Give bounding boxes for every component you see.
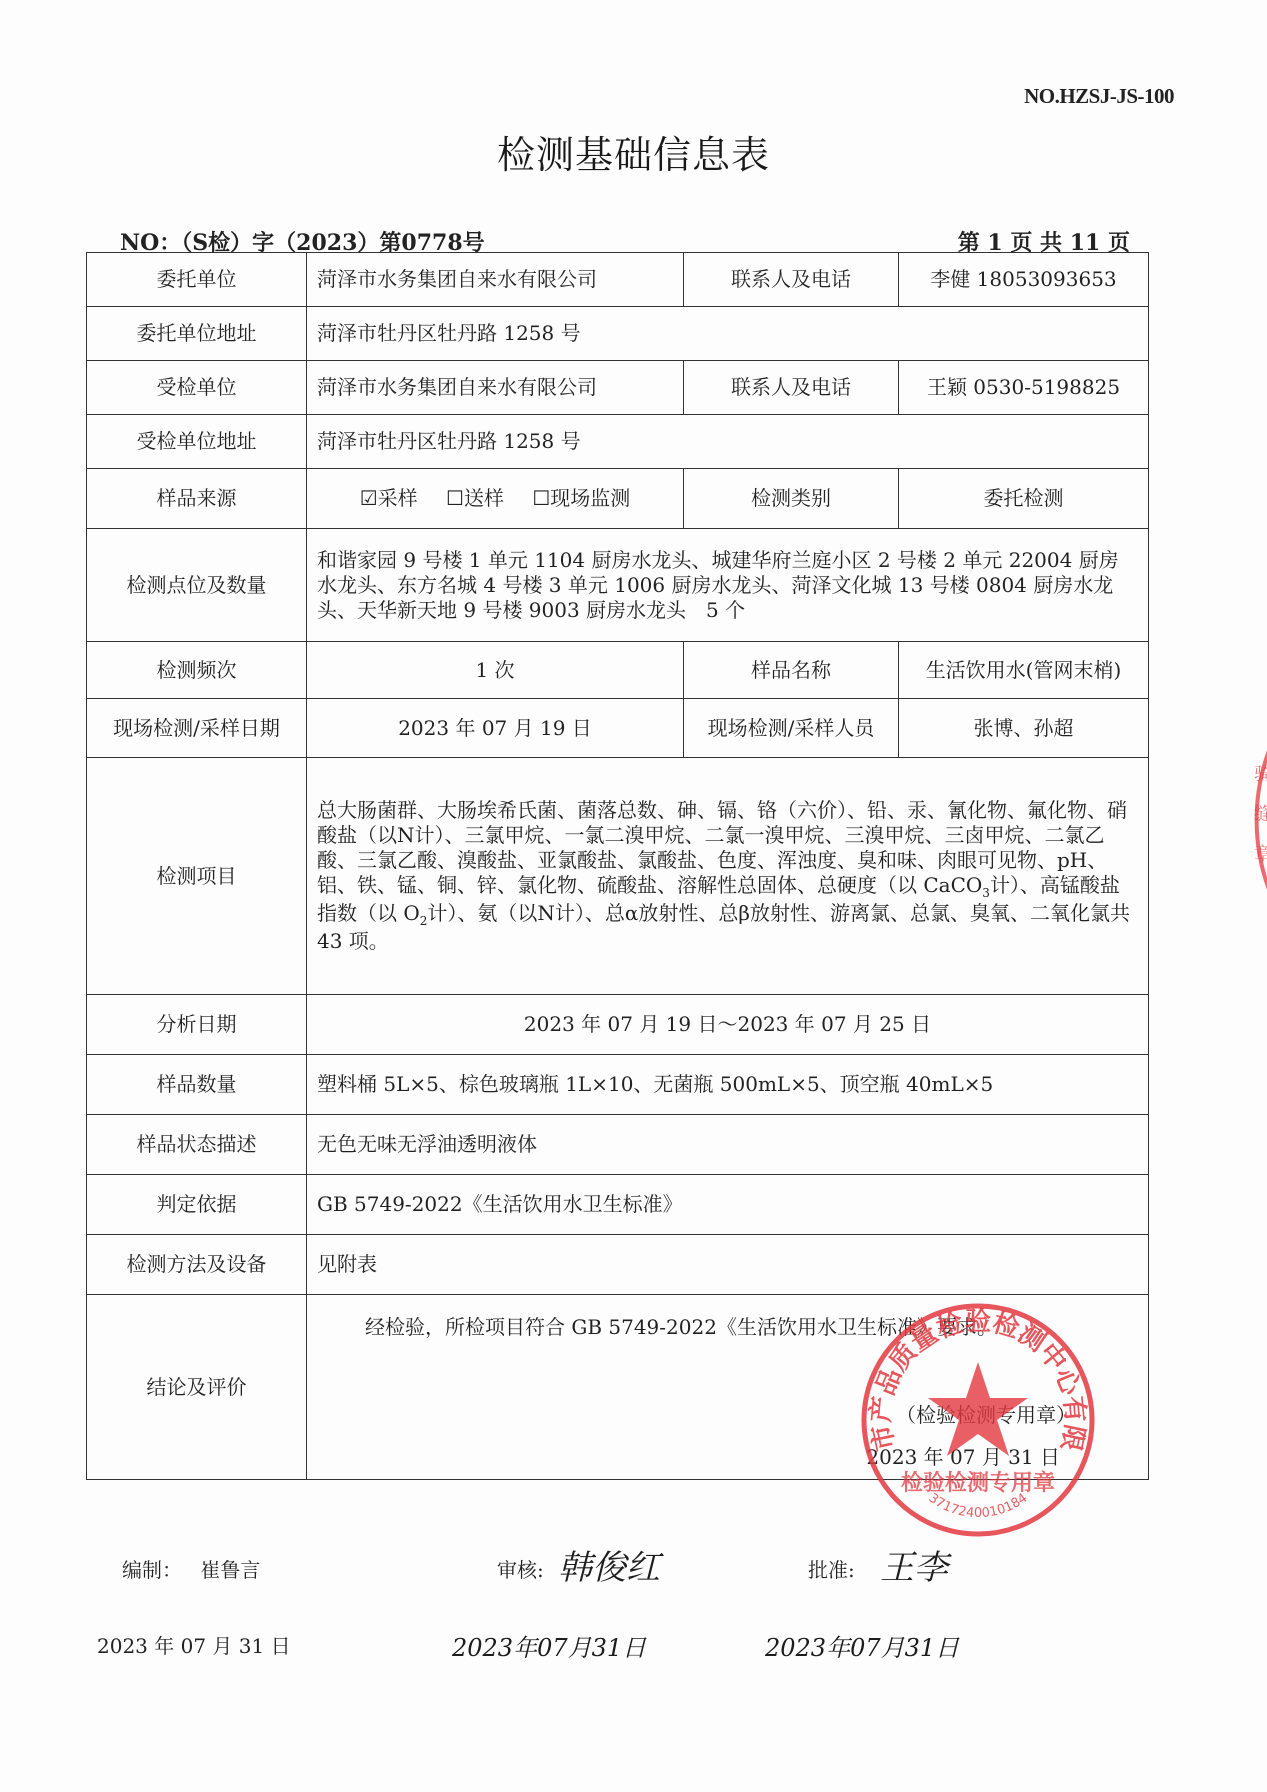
row-sample-quantity: 样品数量 塑料桶 5L×5、棕色玻璃瓶 1L×10、无菌瓶 500mL×5、顶空… <box>87 1055 1149 1115</box>
value-locations: 和谐家园 9 号楼 1 单元 1104 厨房水龙头、城建华府兰庭小区 2 号楼 … <box>307 529 1149 642</box>
review-signature: 韩俊红 <box>558 1540 660 1589</box>
edge-stamp-icon: 骑 缝 章 <box>1248 720 1267 920</box>
row-inspected-address: 受检单位地址 菏泽市牡丹区牡丹路 1258 号 <box>87 415 1149 469</box>
label-analysis-date: 分析日期 <box>87 995 307 1055</box>
label-sample-source: 样品来源 <box>87 469 307 529</box>
page-title: 检测基础信息表 <box>0 124 1267 179</box>
value-client: 菏泽市水务集团自来水有限公司 <box>307 253 684 307</box>
label-items: 检测项目 <box>87 758 307 995</box>
value-basis: GB 5749-2022《生活饮用水卫生标准》 <box>307 1175 1149 1235</box>
label-method: 检测方法及设备 <box>87 1235 307 1295</box>
svg-text:缝: 缝 <box>1254 804 1267 825</box>
review-label: 审核: <box>497 1554 544 1583</box>
value-items: 总大肠菌群、大肠埃希氏菌、菌落总数、砷、镉、铬（六价）、铅、汞、氰化物、氟化物、… <box>307 758 1149 995</box>
label-inspected-address: 受检单位地址 <box>87 415 307 469</box>
label-sampling-staff: 现场检测/采样人员 <box>684 699 899 758</box>
row-frequency: 检测频次 1 次 样品名称 生活饮用水(管网末梢) <box>87 642 1149 699</box>
label-frequency: 检测频次 <box>87 642 307 699</box>
value-inspected-address: 菏泽市牡丹区牡丹路 1258 号 <box>307 415 1149 469</box>
label-client: 委托单位 <box>87 253 307 307</box>
value-sample-name: 生活饮用水(管网末梢) <box>899 642 1149 699</box>
label-conclusion: 结论及评价 <box>87 1295 307 1480</box>
value-inspected-contact: 王颖 0530-5198825 <box>899 361 1149 415</box>
label-locations: 检测点位及数量 <box>87 529 307 642</box>
checkbox-empty-icon: ☐ <box>532 486 550 510</box>
row-conclusion: 结论及评价 经检验，所检项目符合 GB 5749-2022《生活饮用水卫生标准》… <box>87 1295 1149 1480</box>
value-client-contact: 李健 18053093653 <box>899 253 1149 307</box>
checkbox-empty-icon: ☐ <box>446 486 464 510</box>
value-category: 委托检测 <box>899 469 1149 529</box>
value-sampling-date: 2023 年 07 月 19 日 <box>307 699 684 758</box>
conclusion-text: 经检验，所检项目符合 GB 5749-2022《生活饮用水卫生标准》要求。 <box>365 1315 997 1340</box>
row-basis: 判定依据 GB 5749-2022《生活饮用水卫生标准》 <box>87 1175 1149 1235</box>
compiled-date: 2023 年 07 月 31 日 <box>97 1630 291 1659</box>
row-items: 检测项目 总大肠菌群、大肠埃希氏菌、菌落总数、砷、镉、铬（六价）、铅、汞、氰化物… <box>87 758 1149 995</box>
value-sampling-staff: 张博、孙超 <box>899 699 1149 758</box>
approve-signature: 王李 <box>880 1540 948 1589</box>
label-category: 检测类别 <box>684 469 899 529</box>
label-sample-name: 样品名称 <box>684 642 899 699</box>
label-inspected: 受检单位 <box>87 361 307 415</box>
row-locations: 检测点位及数量 和谐家园 9 号楼 1 单元 1104 厨房水龙头、城建华府兰庭… <box>87 529 1149 642</box>
seal-date: 2023 年 07 月 31 日 <box>866 1445 1060 1470</box>
row-analysis-date: 分析日期 2023 年 07 月 19 日～2023 年 07 月 25 日 <box>87 995 1149 1055</box>
label-sampling-date: 现场检测/采样日期 <box>87 699 307 758</box>
checkbox-checked-icon: ☑ <box>360 486 378 510</box>
compiled-label: 编制： <box>122 1558 182 1582</box>
row-method: 检测方法及设备 见附表 <box>87 1235 1149 1295</box>
option-onsite[interactable]: ☐现场监测 <box>532 486 630 510</box>
row-inspected: 受检单位 菏泽市水务集团自来水有限公司 联系人及电话 王颖 0530-51988… <box>87 361 1149 415</box>
label-inspected-contact: 联系人及电话 <box>684 361 899 415</box>
row-sample-state: 样品状态描述 无色无味无浮油透明液体 <box>87 1115 1149 1175</box>
label-client-address: 委托单位地址 <box>87 307 307 361</box>
svg-text:章: 章 <box>1254 844 1267 865</box>
label-basis: 判定依据 <box>87 1175 307 1235</box>
value-sample-state: 无色无味无浮油透明液体 <box>307 1115 1149 1175</box>
compiled-name: 崔鲁言 <box>200 1558 260 1582</box>
label-sample-state: 样品状态描述 <box>87 1115 307 1175</box>
value-sample-quantity: 塑料桶 5L×5、棕色玻璃瓶 1L×10、无菌瓶 500mL×5、顶空瓶 40m… <box>307 1055 1149 1115</box>
sample-source-options: ☑采样 ☐送样 ☐现场监测 <box>307 469 684 529</box>
value-conclusion: 经检验，所检项目符合 GB 5749-2022《生活饮用水卫生标准》要求。 （检… <box>307 1295 1149 1480</box>
compiled-by: 编制： 崔鲁言 <box>122 1554 260 1583</box>
value-method: 见附表 <box>307 1235 1149 1295</box>
value-frequency: 1 次 <box>307 642 684 699</box>
value-client-address: 菏泽市牡丹区牡丹路 1258 号 <box>307 307 1149 361</box>
review-date: 2023年07月31日 <box>452 1628 646 1663</box>
value-analysis-date: 2023 年 07 月 19 日～2023 年 07 月 25 日 <box>307 995 1149 1055</box>
svg-text:骑: 骑 <box>1254 764 1267 785</box>
value-inspected: 菏泽市水务集团自来水有限公司 <box>307 361 684 415</box>
approve-label: 批准: <box>808 1554 855 1583</box>
approve-date: 2023年07月31日 <box>765 1628 959 1663</box>
option-sampling[interactable]: ☑采样 <box>360 486 418 510</box>
option-delivered[interactable]: ☐送样 <box>446 486 504 510</box>
info-table: 委托单位 菏泽市水务集团自来水有限公司 联系人及电话 李健 1805309365… <box>86 252 1149 1480</box>
row-client-address: 委托单位地址 菏泽市牡丹区牡丹路 1258 号 <box>87 307 1149 361</box>
svg-text:3717240010184: 3717240010184 <box>926 1491 1031 1521</box>
document-code: NO.HZSJ-JS-100 <box>1024 84 1174 109</box>
row-sampling-date: 现场检测/采样日期 2023 年 07 月 19 日 现场检测/采样人员 张博、… <box>87 699 1149 758</box>
row-sample-source: 样品来源 ☑采样 ☐送样 ☐现场监测 检测类别 委托检测 <box>87 469 1149 529</box>
label-client-contact: 联系人及电话 <box>684 253 899 307</box>
seal-label: （检验检测专用章） <box>896 1403 1076 1428</box>
label-sample-quantity: 样品数量 <box>87 1055 307 1115</box>
row-client: 委托单位 菏泽市水务集团自来水有限公司 联系人及电话 李健 1805309365… <box>87 253 1149 307</box>
